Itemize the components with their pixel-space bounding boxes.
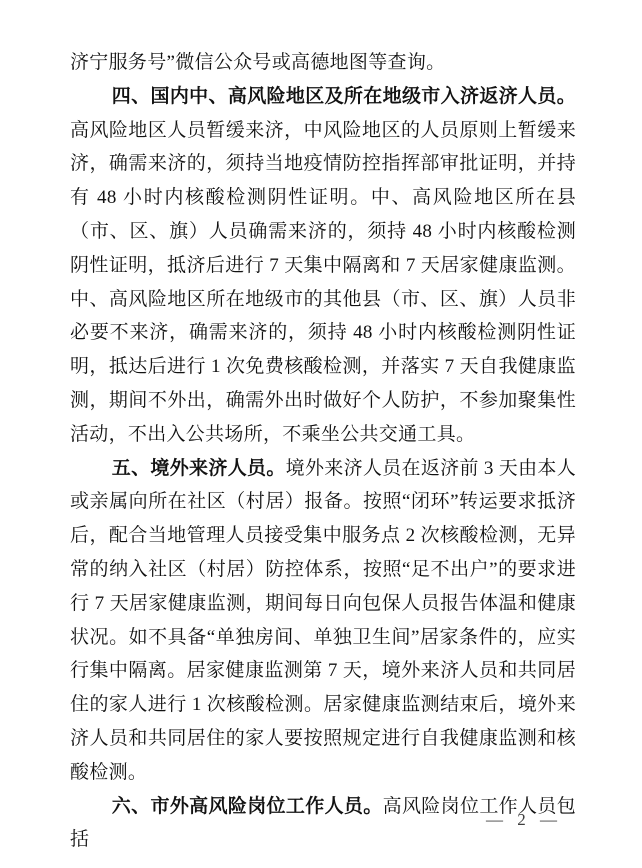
- page-number: — 2 —: [486, 810, 562, 830]
- section-4-paragraph: 四、国内中、高风险地区及所在地级市入济返济人员。高风险地区人员暂缓来济，中风险地…: [70, 80, 576, 452]
- paragraph-continuation: 济宁服务号”微信公众号或高德地图等查询。: [70, 46, 576, 80]
- section-5-paragraph: 五、境外来济人员。境外来济人员在返济前 3 天由本人或亲属向所在社区（村居）报备…: [70, 452, 576, 790]
- document-page: 济宁服务号”微信公众号或高德地图等查询。 四、国内中、高风险地区及所在地级市入济…: [0, 0, 642, 868]
- section-5-heading: 五、境外来济人员。: [112, 458, 286, 479]
- document-body: 济宁服务号”微信公众号或高德地图等查询。 四、国内中、高风险地区及所在地级市入济…: [70, 46, 576, 857]
- section-5-text: 境外来济人员在返济前 3 天由本人或亲属向所在社区（村居）报备。按照“闭环”转运…: [70, 458, 576, 783]
- section-4-text: 高风险地区人员暂缓来济，中风险地区的人员原则上暂缓来济，确需来济的，须持当地疫情…: [70, 120, 576, 445]
- section-6-heading: 六、市外高风险岗位工作人员。: [112, 796, 383, 817]
- section-4-heading: 四、国内中、高风险地区及所在地级市入济返济人员。: [112, 86, 576, 107]
